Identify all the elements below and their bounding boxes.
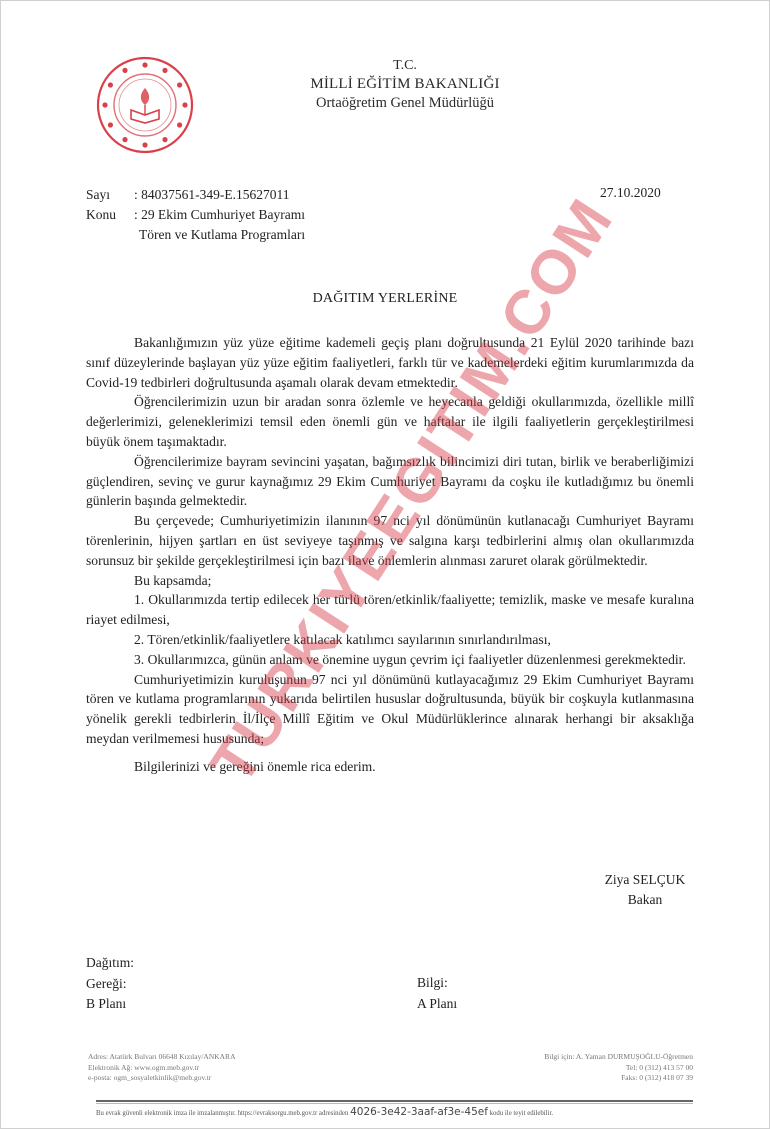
letterhead-directorate: Ortaöğretim Genel Müdürlüğü <box>280 94 530 113</box>
distribution-label: Dağıtım: <box>86 953 134 974</box>
letterhead-ministry: MİLLİ EĞİTİM BAKANLIĞI <box>280 75 530 94</box>
verify-prefix: Bu evrak güvenli elektronik imza ile imz… <box>96 1110 348 1117</box>
letterhead-tc: T.C. <box>280 56 530 75</box>
footer-email: e-posta: ogm_sosyaletkinlik@meb.gov.tr <box>88 1073 235 1084</box>
konu-value: : 29 Ekim Cumhuriyet Bayramı <box>134 205 305 225</box>
document-date: 27.10.2020 <box>600 185 661 201</box>
ministry-seal-icon <box>95 55 195 155</box>
footer-divider-thin <box>96 1103 693 1104</box>
document-meta: Sayı : 84037561-349-E.15627011 Konu : 29… <box>86 185 305 245</box>
info-list: Bilgi: A Planı <box>417 973 457 1014</box>
paragraph: Öğrencilerimize bayram sevincini yaşatan… <box>86 452 694 511</box>
signature-block: Ziya SELÇUK Bakan <box>590 870 700 910</box>
footer-tel: Tel: 0 (312) 413 57 00 <box>440 1063 693 1074</box>
gerekce-label: Gereği: <box>86 974 134 995</box>
paragraph: Bu çerçevede; Cumhuriyetimizin ilanının … <box>86 511 694 570</box>
verify-suffix: kodu ile teyit edilebilir. <box>490 1110 553 1117</box>
closing-line: Bilgilerinizi ve gereğini önemle rica ed… <box>86 757 694 777</box>
signatory-title: Bakan <box>590 890 700 910</box>
footer-contact: Bilgi için: A. Yaman DURMUŞOĞLU-Öğretmen… <box>440 1052 693 1084</box>
verification-line: Bu evrak güvenli elektronik imza ile imz… <box>96 1106 696 1118</box>
letterhead: T.C. MİLLİ EĞİTİM BAKANLIĞI Ortaöğretim … <box>280 56 530 113</box>
paragraph: Cumhuriyetimizin kuruluşunun 97 nci yıl … <box>86 670 694 749</box>
konu-value-continued: Tören ve Kutlama Programları <box>86 225 305 245</box>
list-item: 3. Okullarımızca, günün anlam ve önemine… <box>86 650 694 670</box>
footer-address: Adres: Atatürk Bulvarı 06648 Kızılay/ANK… <box>88 1052 235 1084</box>
footer-address-line: Adres: Atatürk Bulvarı 06648 Kızılay/ANK… <box>88 1052 235 1063</box>
footer-divider <box>96 1100 693 1102</box>
document: T.C. MİLLİ EĞİTİM BAKANLIĞI Ortaöğretim … <box>0 0 770 1129</box>
footer-contact-person: Bilgi için: A. Yaman DURMUŞOĞLU-Öğretmen <box>440 1052 693 1063</box>
sayi-label: Sayı <box>86 185 134 205</box>
distribution-list: Dağıtım: Gereği: B Planı <box>86 953 134 1015</box>
footer-web: Elektronik Ağ: www.ogm.meb.gov.tr <box>88 1063 235 1074</box>
bilgi-value: A Planı <box>417 994 457 1015</box>
list-item: 1. Okullarımızda tertip edilecek her tür… <box>86 590 694 630</box>
list-item: 2. Tören/etkinlik/faaliyetlere katılacak… <box>86 630 694 650</box>
letter-body: Bakanlığımızın yüz yüze eğitime kademeli… <box>86 333 694 777</box>
verify-code: 4026-3e42-3aaf-af3e-45ef <box>350 1106 488 1118</box>
konu-label: Konu <box>86 205 134 225</box>
distribution-title: DAĞITIM YERLERİNE <box>0 291 770 307</box>
sayi-value: : 84037561-349-E.15627011 <box>134 185 290 205</box>
signatory-name: Ziya SELÇUK <box>590 870 700 890</box>
gerekce-value: B Planı <box>86 994 134 1015</box>
paragraph: Bu kapsamda; <box>86 571 694 591</box>
paragraph: Öğrencilerimizin uzun bir aradan sonra ö… <box>86 392 694 451</box>
bilgi-label: Bilgi: <box>417 973 457 994</box>
paragraph: Bakanlığımızın yüz yüze eğitime kademeli… <box>86 333 694 392</box>
footer-fax: Faks: 0 (312) 418 07 39 <box>440 1073 693 1084</box>
